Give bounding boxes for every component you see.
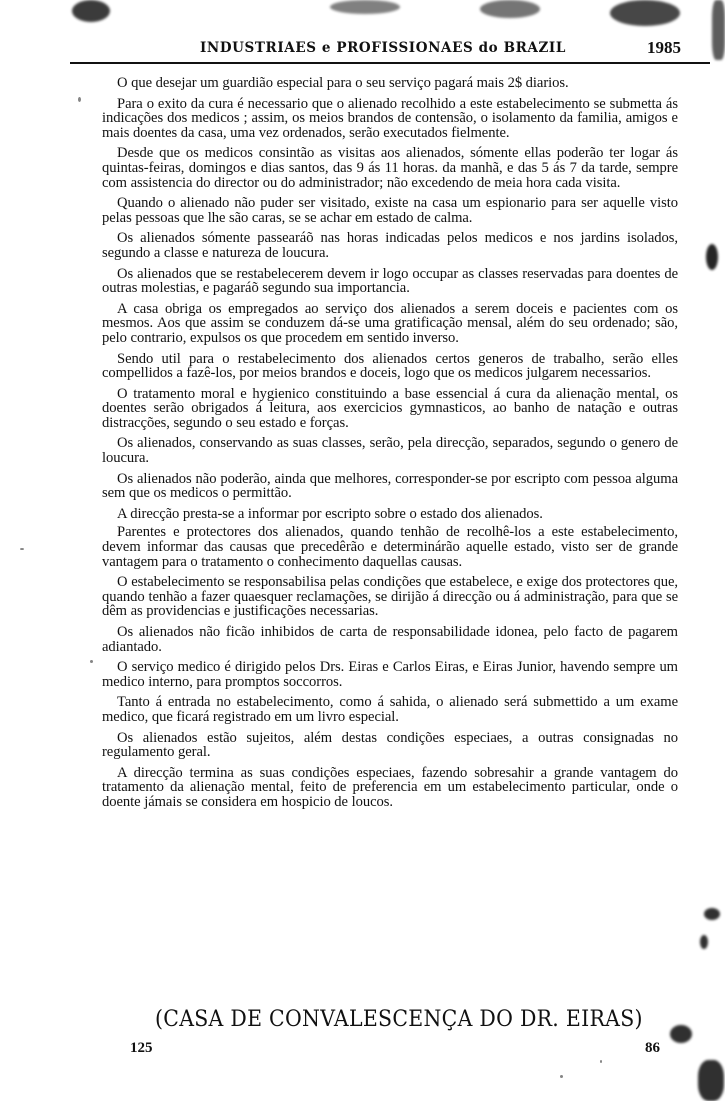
paragraph-written-reports: A direcção presta-se a informar por escr…: [102, 507, 678, 522]
paragraph-espionario: Quando o alienado não puder ser visitado…: [102, 196, 678, 225]
running-head: INDUSTRIAES e PROFISSIONAES do BRAZIL 19…: [100, 38, 685, 60]
paragraph-correspondence: Os alienados não poderão, ainda que melh…: [102, 472, 678, 501]
paragraph-walks: Os alienados sómente passearáõ nas horas…: [102, 231, 678, 260]
ink-blot: [712, 0, 725, 60]
speck: [560, 1075, 563, 1078]
ink-blot: [330, 0, 400, 14]
ink-blot: [706, 244, 718, 270]
paragraph-responsibility: O estabelecimento se responsabilisa pela…: [102, 575, 678, 619]
paragraph-visiting-hours: Desde que os medicos consintão as visita…: [102, 146, 678, 190]
paragraph-medical-exam: Tanto á entrada no estabelecimento, como…: [102, 695, 678, 724]
paragraph-closing-remarks: A direcção termina as suas condições esp…: [102, 766, 678, 810]
ink-blot: [700, 935, 708, 949]
ink-blot: [480, 0, 540, 18]
speck: [20, 548, 24, 550]
paragraph-cure-conditions: Para o exito da cura é necessario que o …: [102, 97, 678, 141]
paragraph-work-therapy: Sendo util para o restabelecimento dos a…: [102, 352, 678, 381]
ink-blot: [670, 1025, 692, 1043]
paragraph-recovered-patients: Os alienados que se restabelecerem devem…: [102, 267, 678, 296]
paragraph-staff-conduct: A casa obriga os empregados ao serviço d…: [102, 302, 678, 346]
speck: [600, 1060, 602, 1063]
footer-left-number: 125: [130, 1040, 153, 1057]
paragraph-relatives-info: Parentes e protectores dos alienados, qu…: [102, 525, 678, 569]
speck: [90, 660, 93, 663]
paragraph-separation: Os alienados, conservando as suas classe…: [102, 436, 678, 465]
ink-blot: [704, 908, 720, 920]
ink-blot: [610, 0, 680, 26]
page-number-top: 1985: [647, 38, 681, 58]
paragraph-private-guard: O que desejar um guardião especial para …: [102, 76, 678, 91]
ink-blot: [698, 1060, 724, 1101]
footer-title: (CASA DE CONVALESCENÇA DO DR. EIRAS): [155, 1007, 643, 1032]
scanned-page: INDUSTRIAES e PROFISSIONAES do BRAZIL 19…: [0, 0, 725, 1101]
speck: [78, 97, 81, 102]
paragraph-moral-treatment: O tratamento moral e hygienico constitui…: [102, 387, 678, 431]
body-text: O que desejar um guardião especial para …: [102, 76, 678, 816]
running-title: INDUSTRIAES e PROFISSIONAES do BRAZIL: [200, 40, 566, 57]
header-rule: [70, 62, 710, 64]
paragraph-general-regulation: Os alienados estão sujeitos, além destas…: [102, 731, 678, 760]
ink-blot: [72, 0, 110, 22]
paragraph-medical-service: O serviço medico é dirigido pelos Drs. E…: [102, 660, 678, 689]
paragraph-advance-payment: Os alienados não ficão inhibidos de cart…: [102, 625, 678, 654]
footer-right-number: 86: [645, 1040, 660, 1057]
